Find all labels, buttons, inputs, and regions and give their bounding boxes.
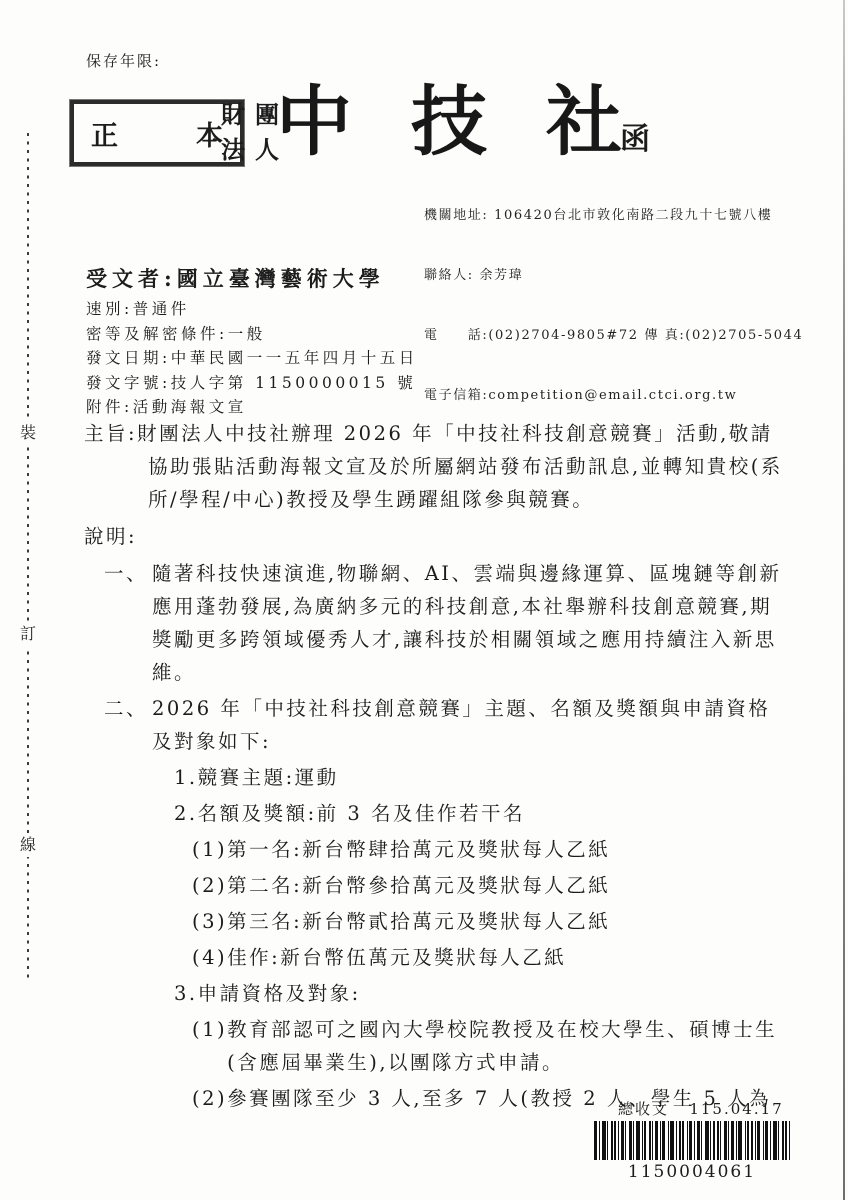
barcode [594, 1121, 790, 1160]
body-list-item: (3) 第三名:新台幣貳拾萬元及獎狀每人乙紙 [192, 905, 788, 938]
contact-info-block: 機關地址: 106420台北市敦化南路二段九十七號八樓 聯絡人: 余芳瑋 電 話… [424, 166, 803, 446]
binding-char-zhuang: 裝 [20, 421, 36, 445]
list-item-text: 佳作:新台幣伍萬元及獎狀每人乙紙 [227, 941, 788, 974]
body-list-item: 3. 申請資格及對象: [174, 977, 788, 1010]
body-list-item: 二、 2026 年「中技社科技創意競賽」主題、名額及獎額與申請資格及對象如下: [104, 692, 788, 758]
org-name-calligraphy: 中 技 社 [276, 78, 622, 165]
explanation-label: 說明: [84, 520, 788, 553]
receipt-stamp-line: 總收文 115.04.17 [618, 1098, 784, 1119]
recipient-line: 受文者:國立臺灣藝術大學 [86, 263, 385, 293]
document-page: 裝 訂 線 保存年限: 正 本 財團法人 中 技 社 函 機關地址: 10642… [0, 0, 848, 1200]
subject-paragraph: 主旨:財團法人中技社辦理 2026 年「中技社科技創意競賽」活動,敬請協助張貼活… [84, 417, 788, 516]
list-item-text: 申請資格及對象: [198, 977, 788, 1010]
receipt-date: 115.04.17 [689, 1100, 783, 1118]
body-list-item: 2. 名額及獎額:前 3 名及佳作若干名 [174, 797, 788, 830]
subject-text: 財團法人中技社辦理 2026 年「中技社科技創意競賽」活動,敬請協助張貼活動海報… [137, 422, 783, 511]
list-item-text: 教育部認可之國內大學校院教授及在校大學生、碩博士生(含應屆畢業生),以團隊方式申… [227, 1013, 788, 1079]
document-type-label: 函 [620, 114, 650, 158]
list-item-label: 3. [174, 977, 198, 1010]
binding-char-xian: 線 [20, 833, 36, 857]
contact-address: 機關地址: 106420台北市敦化南路二段九十七號八樓 [424, 206, 803, 226]
subject-label: 主旨: [84, 422, 137, 445]
body-list-item: (2) 第二名:新台幣參拾萬元及獎狀每人乙紙 [192, 869, 788, 902]
contact-email: 電子信箱:competition@email.ctci.org.tw [424, 386, 803, 406]
list-item-label: (1) [192, 1013, 227, 1079]
copy-type-char: 正 [91, 114, 118, 153]
list-item-text: 2026 年「中技社科技創意競賽」主題、名額及獎額與申請資格及對象如下: [152, 692, 788, 758]
body-list-item: 1. 競賽主題:運動 [174, 761, 788, 794]
list-item-label: (2) [192, 869, 227, 902]
list-item-label: (3) [192, 905, 227, 938]
retention-period-label: 保存年限: [86, 50, 161, 71]
copy-type-char: 本 [196, 114, 223, 153]
meta-issue-number: 發文字號:技人字第 1150000015 號 [86, 371, 418, 396]
meta-classification: 密等及解密條件:一般 [86, 322, 418, 347]
meta-speed: 速別:普通件 [86, 297, 418, 322]
body-list-item: (1) 第一名:新台幣肆拾萬元及獎狀每人乙紙 [192, 833, 788, 866]
list-item-text: 第三名:新台幣貳拾萬元及獎狀每人乙紙 [227, 905, 788, 938]
contact-person: 聯絡人: 余芳瑋 [424, 266, 803, 286]
list-item-label: 1. [174, 761, 198, 794]
body-list-item: 一、 隨著科技快速演進,物聯網、AI、雲端與邊緣運算、區塊鏈等創新應用蓬勃發展,… [104, 557, 788, 689]
receipt-label: 總收文 [618, 1100, 669, 1118]
list-item-text: 競賽主題:運動 [198, 761, 788, 794]
org-name-char: 社 [546, 78, 622, 165]
copy-type-stamp: 正 本 [70, 100, 244, 166]
list-item-text: 名額及獎額:前 3 名及佳作若干名 [198, 797, 788, 830]
list-item-label: 一、 [104, 557, 152, 689]
list-item-label: 二、 [104, 692, 152, 758]
list-item-text: 第一名:新台幣肆拾萬元及獎狀每人乙紙 [227, 833, 788, 866]
letter-body: 主旨:財團法人中技社辦理 2026 年「中技社科技創意競賽」活動,敬請協助張貼活… [84, 417, 788, 1118]
list-item-label: 2. [174, 797, 198, 830]
list-item-text: 隨著科技快速演進,物聯網、AI、雲端與邊緣運算、區塊鏈等創新應用蓬勃發展,為廣納… [152, 557, 788, 689]
list-item-label: (1) [192, 833, 227, 866]
binding-char-ding: 訂 [20, 622, 36, 646]
list-item-text: 第二名:新台幣參拾萬元及獎狀每人乙紙 [227, 869, 788, 902]
contact-phone-fax: 電 話:(02)2704-9805#72 傳 真:(02)2705-5044 [424, 326, 803, 346]
meta-issue-date: 發文日期:中華民國一一五年四月十五日 [86, 346, 418, 371]
list-item-label: (2) [192, 1082, 227, 1115]
body-items: 一、 隨著科技快速演進,物聯網、AI、雲端與邊緣運算、區塊鏈等創新應用蓬勃發展,… [84, 557, 788, 1115]
list-item-label: (4) [192, 941, 227, 974]
binding-margin: 裝 訂 線 [20, 133, 36, 978]
body-list-item: (1) 教育部認可之國內大學校院教授及在校大學生、碩博士生(含應屆畢業生),以團… [192, 1013, 788, 1079]
barcode-number: 1150004061 [594, 1162, 790, 1182]
document-meta-block: 速別:普通件 密等及解密條件:一般 發文日期:中華民國一一五年四月十五日 發文字… [86, 297, 418, 420]
scan-edge-line [843, 0, 845, 1200]
body-list-item: (4) 佳作:新台幣伍萬元及獎狀每人乙紙 [192, 941, 788, 974]
org-name-char: 中 [276, 78, 352, 165]
org-name-char: 技 [411, 78, 487, 165]
meta-attachment: 附件:活動海報文宣 [86, 395, 418, 420]
